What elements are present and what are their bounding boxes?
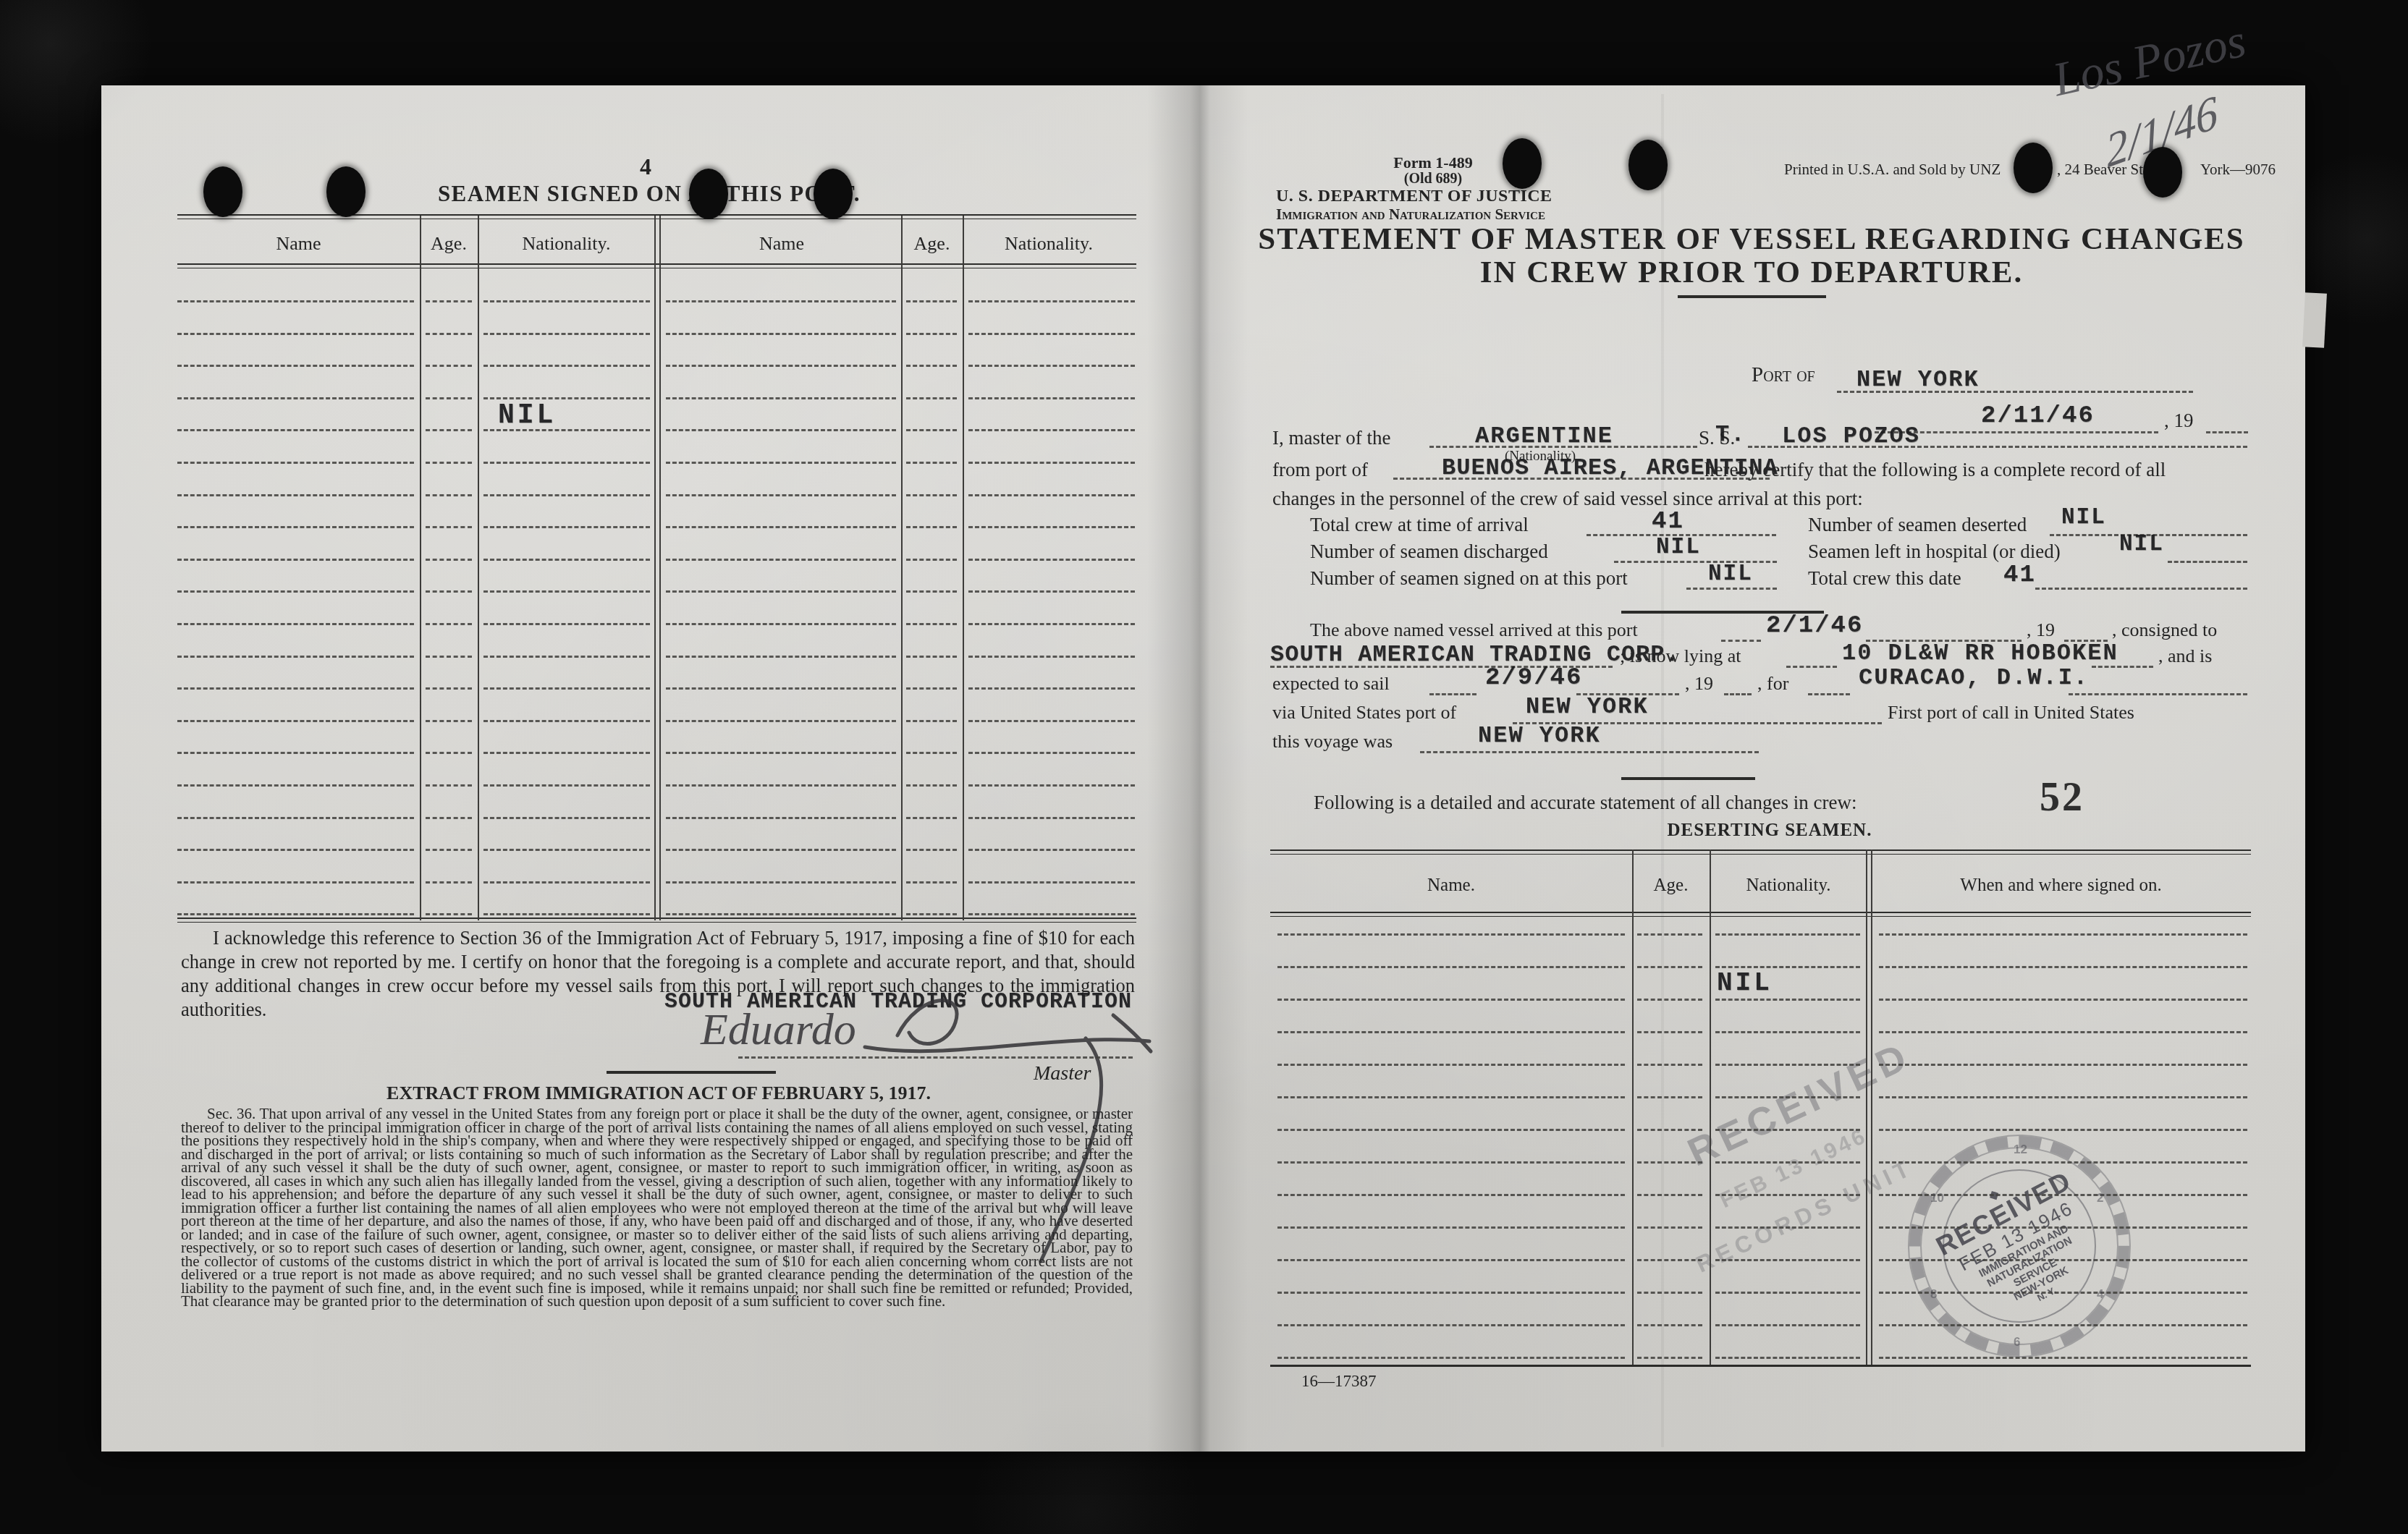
dashed-writing-line (483, 913, 650, 915)
dashed-writing-line (1277, 1226, 1625, 1229)
table-top-rule (1270, 849, 2251, 855)
dashed-writing-line (968, 720, 1135, 722)
via-pre: via United States port of (1272, 702, 1456, 724)
stat-line (1686, 588, 1777, 590)
dashed-writing-line (968, 365, 1135, 367)
dashed-writing-line (906, 817, 957, 819)
dashed-writing-line (1879, 1226, 2247, 1229)
dashed-writing-line (906, 494, 957, 496)
stat-label-signed-on: Number of seamen signed on at this port (1310, 567, 1628, 590)
dashed-writing-line (177, 365, 414, 367)
dashed-writing-line (906, 559, 957, 561)
table-column-line (1710, 849, 1711, 1365)
sail-line3 (1724, 693, 1752, 695)
dashed-writing-line (483, 429, 650, 431)
dashed-writing-line (666, 784, 896, 787)
dashed-writing-line (1637, 1031, 1702, 1033)
arrived-pre: The above named vessel arrived at this p… (1310, 619, 1638, 641)
extract-body: Sec. 36. That upon arrival of any vessel… (181, 1107, 1133, 1308)
dashed-writing-line (1637, 1292, 1702, 1294)
dashed-writing-line (906, 623, 957, 625)
dashed-writing-line (906, 333, 957, 335)
port-value: NEW YORK (1856, 366, 1980, 393)
stat-value-hospital: NIL (2119, 532, 2164, 557)
title-underline (1678, 295, 1826, 298)
dashed-writing-line (1637, 1226, 1702, 1229)
punch-hole (1503, 138, 1542, 189)
dashed-writing-line (483, 752, 650, 754)
dashed-writing-line (426, 333, 472, 335)
dashed-writing-line (968, 526, 1135, 528)
dashed-writing-line (1277, 1292, 1625, 1294)
dashed-writing-line (1637, 1194, 1702, 1196)
sail-for: , for (1757, 673, 1788, 695)
changes-line: changes in the personnel of the crew of … (1272, 488, 1863, 510)
dashed-writing-line (483, 559, 650, 561)
dashed-writing-line (1277, 999, 1625, 1001)
dashed-writing-line (906, 752, 957, 754)
dashed-writing-line (1879, 933, 2247, 936)
dashed-writing-line (666, 300, 896, 302)
dashed-writing-line (177, 623, 414, 625)
punch-hole (1628, 140, 1668, 190)
form-title-line-2: IN CREW PRIOR TO DEPARTURE. (1245, 255, 2258, 290)
dashed-writing-line (906, 300, 957, 302)
dashed-writing-line (483, 397, 650, 399)
dashed-writing-line (483, 784, 650, 787)
from-port-post: hereby certify that the following is a c… (1704, 459, 2166, 481)
dashed-writing-line (968, 817, 1135, 819)
dashed-writing-line (426, 462, 472, 464)
dashed-writing-line (1715, 1194, 1860, 1196)
master-label: Master (1034, 1062, 1091, 1085)
year-19-label: , 19 (2164, 410, 2194, 432)
footer-code: 16—17387 (1301, 1372, 1377, 1391)
dashed-writing-line (666, 462, 896, 464)
stat-label-discharged: Number of seamen discharged (1310, 541, 1548, 563)
pier-value: 10 DL&W RR HOBOKEN (1842, 640, 2118, 666)
dashed-writing-line (906, 913, 957, 915)
stamp-dial-number: 10 (1930, 1191, 1944, 1205)
dashed-writing-line (1715, 933, 1860, 936)
dashed-writing-line (426, 429, 472, 431)
voyage-divider-rule (1621, 777, 1755, 780)
dashed-writing-line (1637, 933, 1702, 936)
table-bottom-rule (1270, 1365, 2251, 1367)
dashed-writing-line (1277, 1064, 1625, 1066)
col-header-age: Age. (1632, 876, 1710, 896)
sail-date: 2/9/46 (1485, 664, 1582, 692)
via-value: NEW YORK (1526, 693, 1649, 720)
dashed-writing-line (1879, 999, 2247, 1001)
table-column-line (478, 216, 479, 920)
dashed-writing-line (1879, 1357, 2247, 1359)
dashed-writing-line (968, 784, 1135, 787)
dashed-writing-line (426, 784, 472, 787)
dashed-writing-line (426, 817, 472, 819)
dashed-writing-line (906, 590, 957, 593)
via-post: First port of call in United States (1888, 702, 2134, 724)
sail-line5 (2069, 693, 2247, 695)
dashed-writing-line (426, 720, 472, 722)
col-header-nationality-2: Nationality. (963, 233, 1135, 255)
table-header-rule (1270, 912, 2251, 917)
sail-19: , 19 (1685, 673, 1713, 695)
date-value: 2/11/46 (1981, 402, 2095, 430)
dept-line-1: U. S. DEPARTMENT OF JUSTICE (1276, 187, 1552, 206)
dashed-writing-line (426, 881, 472, 883)
dashed-writing-line (1277, 1194, 1625, 1196)
dashed-writing-line (1277, 1161, 1625, 1164)
col-header-name: Name. (1270, 876, 1632, 896)
dashed-writing-line (483, 526, 650, 528)
dashed-writing-line (177, 656, 414, 658)
stat-label-hospital: Seamen left in hospital (or died) (1808, 541, 2061, 563)
dashed-writing-line (483, 494, 650, 496)
dashed-writing-line (483, 687, 650, 690)
col-header-name-1: Name (177, 233, 420, 255)
dashed-writing-line (1637, 1259, 1702, 1261)
dashed-writing-line (968, 913, 1135, 915)
dashed-writing-line (426, 526, 472, 528)
dashed-writing-line (483, 462, 650, 464)
dashed-writing-line (483, 623, 650, 625)
dashed-writing-line (177, 526, 414, 528)
port-of-label: Port of (1752, 363, 1815, 387)
dashed-writing-line (666, 559, 896, 561)
dashed-writing-line (968, 462, 1135, 464)
dashed-writing-line (177, 881, 414, 883)
consignee-name: SOUTH AMERICAN TRADING CORP. (1270, 641, 1680, 668)
dashed-writing-line (1277, 1031, 1625, 1033)
dashed-writing-line (906, 365, 957, 367)
dashed-writing-line (968, 590, 1135, 593)
stamp-dial-number: 4 (2097, 1287, 2103, 1302)
voyage-line (1420, 751, 1759, 753)
dashed-writing-line (426, 397, 472, 399)
dashed-writing-line (906, 687, 957, 690)
dashed-writing-line (177, 720, 414, 722)
dashed-writing-line (483, 849, 650, 851)
dashed-writing-line (483, 590, 650, 593)
dashed-writing-line (426, 849, 472, 851)
dashed-writing-line (666, 397, 896, 399)
year-line (2206, 431, 2248, 433)
dashed-writing-line (1637, 999, 1702, 1001)
right-table-nil-entry: NIL (1717, 968, 1773, 998)
sail-destination: CURACAO, D.W.I. (1859, 664, 2089, 691)
dashed-writing-line (177, 849, 414, 851)
dashed-writing-line (968, 849, 1135, 851)
dashed-writing-line (483, 656, 650, 658)
sail-line1 (1429, 693, 1477, 695)
dashed-writing-line (666, 526, 896, 528)
punch-hole (2014, 143, 2053, 193)
col-header-nationality: Nationality. (1710, 876, 1867, 896)
dashed-writing-line (906, 429, 957, 431)
signature-line (738, 1056, 1133, 1059)
dashed-writing-line (1637, 1357, 1702, 1359)
deserting-seamen-title: DESERTING SEAMEN. (1516, 821, 2023, 841)
dashed-writing-line (666, 817, 896, 819)
dashed-writing-line (426, 623, 472, 625)
printer-line-left: Printed in U.S.A. and Sold by UNZ (1784, 161, 2001, 179)
dashed-writing-line (1715, 1357, 1860, 1359)
dashed-writing-line (666, 913, 896, 915)
arrived-19: , 19 (2027, 619, 2055, 641)
dashed-writing-line (666, 849, 896, 851)
dashed-writing-line (1715, 1129, 1860, 1131)
stat-line (2035, 588, 2247, 590)
dashed-writing-line (666, 494, 896, 496)
table-top-rule (177, 214, 1136, 219)
dashed-writing-line (426, 752, 472, 754)
dashed-writing-line (1637, 1161, 1702, 1164)
dashed-writing-line (666, 720, 896, 722)
signature-loop (897, 1001, 957, 1044)
typed-t-prefix: T. (1715, 421, 1746, 448)
stat-label-deserted: Number of seamen deserted (1808, 514, 2027, 536)
dashed-writing-line (1277, 966, 1625, 968)
page-number: 4 (624, 153, 667, 180)
dashed-writing-line (1879, 1064, 2247, 1066)
dashed-writing-line (906, 462, 957, 464)
dashed-writing-line (666, 623, 896, 625)
col-header-nationality-1: Nationality. (478, 233, 655, 255)
following-line: Following is a detailed and accurate sta… (1314, 792, 1856, 814)
voyage-value: NEW YORK (1478, 722, 1601, 749)
scanned-document: { "left_page": { "page_number": "4", "ti… (0, 0, 2408, 1534)
dashed-writing-line (1277, 1129, 1625, 1131)
signature-text-node: Eduardo (700, 1005, 856, 1054)
dashed-writing-line (1715, 1324, 1860, 1326)
table-column-line (1632, 849, 1634, 1365)
master-line-pre: I, master of the (1272, 427, 1390, 449)
form-old-number: (Old 689) (1361, 171, 1505, 187)
dashed-writing-line (177, 590, 414, 593)
left-table-nil-entry: NIL (498, 400, 556, 431)
dashed-writing-line (1879, 1129, 2247, 1131)
dashed-writing-line (666, 881, 896, 883)
dashed-writing-line (906, 526, 957, 528)
dashed-writing-line (177, 462, 414, 464)
paper-edge-notch (2302, 292, 2327, 347)
dashed-writing-line (666, 590, 896, 593)
dashed-writing-line (1637, 1064, 1702, 1066)
dashed-writing-line (1879, 1324, 2247, 1326)
section-divider-rule (607, 1071, 776, 1074)
dashed-writing-line (1715, 999, 1860, 1001)
dashed-writing-line (906, 881, 957, 883)
dashed-writing-line (968, 333, 1135, 335)
dashed-writing-line (968, 623, 1135, 625)
dashed-writing-line (177, 494, 414, 496)
lying-at-label: ; is now lying at (1620, 645, 1741, 667)
dashed-writing-line (483, 365, 650, 367)
dashed-writing-line (666, 656, 896, 658)
stat-value-discharged: NIL (1656, 535, 1701, 560)
pier-line (2092, 666, 2153, 668)
dashed-writing-line (177, 752, 414, 754)
dashed-writing-line (666, 687, 896, 690)
dashed-writing-line (177, 559, 414, 561)
dashed-writing-line (426, 559, 472, 561)
dashed-writing-line (1277, 933, 1625, 936)
dashed-writing-line (426, 365, 472, 367)
vessel-name: LOS POZOS (1782, 423, 1920, 449)
dashed-writing-line (1879, 966, 2247, 968)
dashed-writing-line (1715, 1259, 1860, 1261)
dashed-writing-line (483, 333, 650, 335)
arrived-line (1721, 640, 1761, 642)
dashed-writing-line (177, 687, 414, 690)
stat-line (2168, 561, 2247, 563)
signature-cross (1113, 1015, 1151, 1051)
dashed-writing-line (1277, 1259, 1625, 1261)
dashed-writing-line (1879, 1031, 2247, 1033)
lying-at-line (1786, 666, 1837, 668)
stamp-dial-number: 8 (1930, 1287, 1937, 1302)
dashed-writing-line (426, 656, 472, 658)
dashed-writing-line (426, 913, 472, 915)
form-title-line-1: STATEMENT OF MASTER OF VESSEL REGARDING … (1245, 221, 2258, 257)
punch-hole (326, 166, 366, 217)
dashed-writing-line (177, 300, 414, 302)
form-number: Form 1-489 (1361, 153, 1505, 172)
dashed-writing-line (177, 913, 414, 915)
dashed-writing-line (1637, 1129, 1702, 1131)
paper-crease (1661, 94, 1664, 1447)
arrived-post: , consigned to (2112, 619, 2217, 641)
stat-label-total-crew: Total crew this date (1808, 567, 1961, 590)
dashed-writing-line (666, 365, 896, 367)
printer-line-right: York—9076 (2200, 161, 2276, 179)
stat-value-total-crew: 41 (2003, 562, 2036, 589)
stamp-dial-number: 6 (2014, 1335, 2020, 1349)
dashed-writing-line (1715, 966, 1860, 968)
dashed-writing-line (1715, 1096, 1860, 1098)
punch-hole (689, 169, 728, 219)
dashed-writing-line (968, 881, 1135, 883)
dashed-writing-line (666, 429, 896, 431)
dashed-writing-line (483, 817, 650, 819)
dashed-writing-line (177, 817, 414, 819)
dashed-writing-line (426, 687, 472, 690)
dashed-writing-line (968, 752, 1135, 754)
sail-pre: expected to sail (1272, 673, 1390, 695)
dashed-writing-line (906, 784, 957, 787)
dashed-writing-line (1879, 1161, 2247, 1164)
dashed-writing-line (968, 429, 1135, 431)
table-header-rule (177, 263, 1136, 268)
stat-value-arrival-crew: 41 (1652, 508, 1684, 535)
dashed-writing-line (666, 752, 896, 754)
dashed-writing-line (1715, 1292, 1860, 1294)
stat-value-signed-on: NIL (1708, 562, 1753, 587)
dashed-writing-line (968, 300, 1135, 302)
punch-hole (814, 169, 853, 219)
page-stamp-number: 52 (2040, 774, 2084, 821)
stamp-dial-number: 2 (2097, 1191, 2103, 1205)
dashed-writing-line (1715, 1031, 1860, 1033)
dashed-writing-line (177, 784, 414, 787)
table-column-line (654, 216, 656, 920)
table-column-line (420, 216, 421, 920)
stamp-dial-number: 12 (2014, 1143, 2027, 1157)
col-header-age-1: Age. (420, 233, 478, 255)
dashed-writing-line (1637, 1324, 1702, 1326)
col-header-age-2: Age. (901, 233, 963, 255)
sail-line4 (1808, 693, 1850, 695)
table-column-line (901, 216, 903, 920)
dashed-writing-line (968, 656, 1135, 658)
dashed-writing-line (906, 397, 957, 399)
dashed-writing-line (1277, 1357, 1625, 1359)
dashed-writing-line (426, 590, 472, 593)
nationality-value: ARGENTINE (1475, 423, 1613, 449)
arrived-date: 2/1/46 (1766, 612, 1863, 640)
dashed-writing-line (1277, 1324, 1625, 1326)
dashed-writing-line (1879, 1096, 2247, 1098)
dashed-writing-line (483, 720, 650, 722)
dashed-writing-line (1715, 1064, 1860, 1066)
dashed-writing-line (968, 494, 1135, 496)
stat-value-deserted: NIL (2061, 505, 2106, 530)
dashed-writing-line (483, 300, 650, 302)
signature-strike (865, 1040, 1149, 1051)
punch-hole (203, 166, 242, 217)
dashed-writing-line (906, 720, 957, 722)
dashed-writing-line (177, 397, 414, 399)
table-column-line (1871, 849, 1872, 1365)
dashed-writing-line (968, 559, 1135, 561)
punch-hole (2143, 147, 2182, 198)
col-header-when-signed: When and where signed on. (1871, 876, 2251, 896)
table-column-line (659, 216, 661, 920)
dashed-writing-line (1879, 1259, 2247, 1261)
dashed-writing-line (177, 429, 414, 431)
dashed-writing-line (1277, 1096, 1625, 1098)
extract-title: EXTRACT FROM IMMIGRATION ACT OF FEBRUARY… (290, 1082, 1028, 1104)
table-bottom-rule (177, 918, 1136, 923)
dashed-writing-line (968, 397, 1135, 399)
dashed-writing-line (1715, 1226, 1860, 1229)
dashed-writing-line (426, 494, 472, 496)
table-column-line (963, 216, 964, 920)
stat-label-arrival-crew: Total crew at time of arrival (1310, 514, 1529, 536)
from-port-pre: from port of (1272, 459, 1368, 481)
dashed-writing-line (177, 333, 414, 335)
and-is-label: , and is (2158, 645, 2212, 667)
dashed-writing-line (968, 687, 1135, 690)
voyage-pre: this voyage was (1272, 731, 1393, 753)
dashed-writing-line (1637, 966, 1702, 968)
dashed-writing-line (1715, 1161, 1860, 1164)
dashed-writing-line (666, 333, 896, 335)
dashed-writing-line (426, 300, 472, 302)
dashed-writing-line (1637, 1096, 1702, 1098)
dashed-writing-line (483, 881, 650, 883)
col-header-name-2: Name (662, 233, 901, 255)
dashed-writing-line (906, 656, 957, 658)
table-column-line (1866, 849, 1867, 1365)
dashed-writing-line (906, 849, 957, 851)
